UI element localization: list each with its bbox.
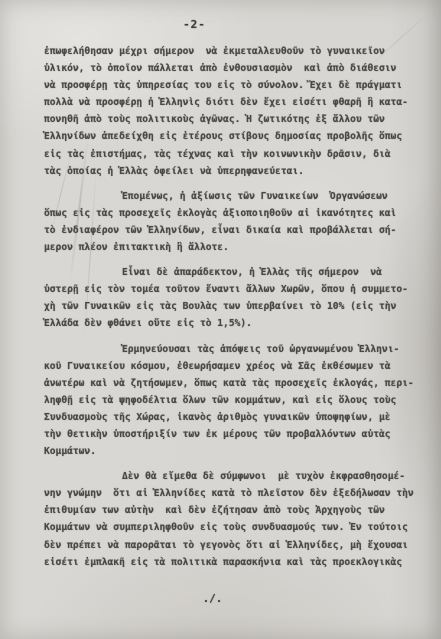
text-line: εἰσέτι ἐμπλακῆ εἰς τὰ πολιτικὰ παρασκήνι… — [44, 554, 416, 571]
paragraph: Ἑπομένως, ἡ ἀξίωσις τῶν Γυναικείων Ὀργαν… — [44, 188, 416, 256]
text-line: Συνδυασμοὺς τῆς Χώρας, ἱκανὸς ἀριθμὸς γυ… — [44, 409, 416, 426]
text-line: εἰς τὰς ἐπιστήμας, τὰς τέχνας καὶ τὴν κο… — [44, 146, 416, 163]
text-line: ὑστερῇ εἰς τὸν τομέα τοῦτον ἔναντι ἄλλων… — [44, 281, 416, 298]
text-line: Ἑρμηνεύουσαι τὰς ἀπόψεις τοῦ ὠργανωμένου… — [44, 341, 416, 358]
text-line: δὲν πρέπει νὰ παρορᾶται τὸ γεγονὸς ὅτι α… — [44, 537, 416, 554]
text-line: τὰς ὁποίας ἡ Ἑλλὰς ὀφείλει νὰ ὑπερηφανεύ… — [44, 163, 416, 180]
text-line: μερον πλέον ἐπιτακτικὴ ἢ ἄλλοτε. — [44, 239, 416, 256]
text-line: τὸ ἐνδιαφέρον τῶν Ἑλληνίδων, εἶναι δικαί… — [44, 222, 416, 239]
text-line: Ἑλληνίδων ἀπεδείχθη εἰς ἑτέρους στίβους … — [44, 128, 416, 145]
text-line: ὅπως εἰς τὰς προσεχεῖς ἐκλογὰς ἀξιοποιηθ… — [44, 205, 416, 222]
paragraph: Εἶναι δὲ ἀπαράδεκτον, ἡ Ἑλλὰς τῆς σήμερο… — [44, 264, 416, 332]
scanned-document-page: -2- ἐπωφελήθησαν μέχρι σήμερον νὰ ἐκμετα… — [0, 0, 441, 639]
text-line: κοῦ Γυναικείου κόσμου, ἐθεωρήσαμεν χρέος… — [44, 358, 416, 375]
text-line: χὴ τῶν Γυναικῶν εἰς τὰς Βουλὰς των ὑπερβ… — [44, 298, 416, 315]
text-line: Ἑπομένως, ἡ ἀξίωσις τῶν Γυναικείων Ὀργαν… — [44, 188, 416, 205]
paragraph: Δὲν θὰ εἴμεθα δὲ σύμφωνοι μὲ τυχὸν ἐκφρα… — [44, 468, 416, 571]
text-line: ὑλικόν, τὸ ὁποῖον πάλλεται ἀπὸ ἐνθουσιασ… — [44, 60, 416, 77]
page-number: -2- — [0, 18, 415, 31]
paragraph: ἐπωφελήθησαν μέχρι σήμερον νὰ ἐκμεταλλευ… — [44, 43, 416, 180]
paragraph: Ἑρμηνεύουσαι τὰς ἀπόψεις τοῦ ὠργανωμένου… — [44, 341, 416, 461]
text-line: ληφθῇ εἰς τὰ ψηφοδέλτια ὅλων τῶν κομμάτω… — [44, 392, 416, 409]
text-line: Εἶναι δὲ ἀπαράδεκτον, ἡ Ἑλλὰς τῆς σήμερο… — [44, 264, 416, 281]
text-line: Κομμάτων. — [44, 443, 416, 460]
continuation-mark: ./. — [0, 592, 433, 605]
text-line: Κομμάτων νὰ συμπεριληφθοῦν εἰς τοὺς συνδ… — [44, 519, 416, 536]
text-line: νην γνώμην ὅτι αἱ Ἑλληνίδες κατὰ τὸ πλεῖ… — [44, 485, 416, 502]
text-line: ἐπιθυμίαν των αὐτὴν καὶ δὲν ἐζήτησαν ἀπὸ… — [44, 502, 416, 519]
text-line: πολλὰ νὰ προσφέρῃ ἡ Ἑλληνὶς διότι δὲν ἔχ… — [44, 94, 416, 111]
text-line: νὰ προσφέρῃ τὰς ὑπηρεσίας του εἰς τὸ σύν… — [44, 77, 416, 94]
text-line: Ἑλλάδα δὲν φθάνει οὔτε εἰς τὸ 1,5%). — [44, 315, 416, 332]
text-line: Δὲν θὰ εἴμεθα δὲ σύμφωνοι μὲ τυχὸν ἐκφρα… — [44, 468, 416, 485]
text-line: ἀνωτέρω καὶ νὰ ζητήσωμεν, ὅπως κατὰ τὰς … — [44, 375, 416, 392]
text-line: ἐπωφελήθησαν μέχρι σήμερον νὰ ἐκμεταλλευ… — [44, 43, 416, 60]
text-line: πονηθῆ ἀπὸ τοὺς πολιτικοὺς ἀγῶνας. Ἡ ζωτ… — [44, 111, 416, 128]
text-line: τὴν θετικὴν ὑποστήριξίν των ἐκ μέρους τῶ… — [44, 426, 416, 443]
document-body: ἐπωφελήθησαν μέχρι σήμερον νὰ ἐκμεταλλευ… — [44, 43, 416, 579]
